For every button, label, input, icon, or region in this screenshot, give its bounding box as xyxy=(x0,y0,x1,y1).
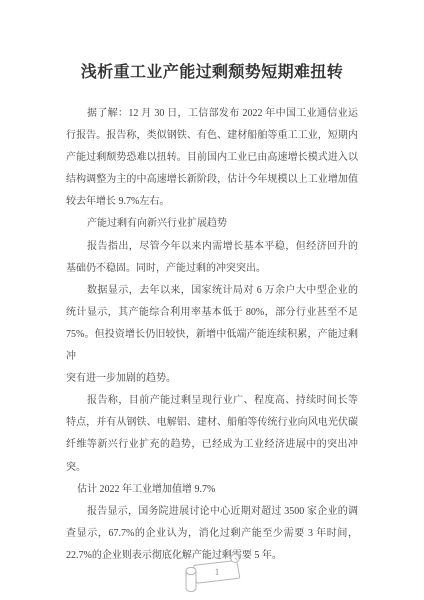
text-line: 突。 xyxy=(66,457,358,479)
paragraph-report-points: 报告指出，尽管今年以来内需增长基本平稳，但经济回升的基础仍不稳固。同时，产能过剩… xyxy=(66,236,358,280)
text-line: 突有进一步加剧的趋势。 xyxy=(66,368,358,390)
scroll-banner-icon: 1 xyxy=(178,552,248,596)
text-line: 估计 2022 年工业增加值增 9.7% xyxy=(66,479,358,501)
text-line: 报告指出，尽管今年以来内需增长基本平稳，但经济回升的 xyxy=(66,236,358,258)
text-line: 查显示，67.7%的企业认为，消化过剩产能至少需要 3 年时间， xyxy=(66,523,358,545)
text-line: 报告称，目前产能过剩呈现行业广、程度高、持续时间长等 xyxy=(66,390,358,412)
text-line: 行报告。报告称，类似钢铁、有色、建材船舶等重工工业，短期内 xyxy=(66,125,358,147)
page-number: 1 xyxy=(215,567,220,577)
text-line: 产能过剩有向新兴行业扩展趋势 xyxy=(66,213,358,235)
page-number-ornament: 1 xyxy=(178,552,248,596)
text-line: 据了解：12 月 30 日，工信部发布 2022 年中国工业通信业运 xyxy=(66,103,358,125)
text-line: 基础仍不稳固。同时，产能过剩的冲突突出。 xyxy=(66,258,358,280)
document-title: 浅析重工业产能过剩颓势短期难扭转 xyxy=(0,59,424,82)
subheading-expansion-trend: 产能过剩有向新兴行业扩展趋势 xyxy=(66,213,358,235)
scroll-right-curl xyxy=(231,554,239,562)
paragraph-intro: 据了解：12 月 30 日，工信部发布 2022 年中国工业通信业运行报告。报告… xyxy=(66,103,358,213)
subheading-estimate: 估计 2022 年工业增加值增 9.7% xyxy=(66,479,358,501)
text-line: 纤维等新兴行业扩充的趋势，已经成为工业经济进展中的突出冲 xyxy=(66,434,358,456)
text-line: 报告显示，国务院进展讨论中心近期对超过 3500 家企业的调 xyxy=(66,501,358,523)
text-line: 较去年增长 9.7%左右。 xyxy=(66,191,358,213)
document-body: 据了解：12 月 30 日，工信部发布 2022 年中国工业通信业运行报告。报告… xyxy=(66,103,358,567)
text-line: 75%。但投资增长仍旧较快，新增中低端产能连续积累，产能过剩冲 xyxy=(66,324,358,368)
paragraph-characteristics: 报告称，目前产能过剩呈现行业广、程度高、持续时间长等特点，并有从钢铁、电解铝、建… xyxy=(66,390,358,478)
text-line: 数据显示，去年以来，国家统计局对 6 万余户大中型企业的 xyxy=(66,280,358,302)
scroll-left-roll-top xyxy=(186,567,196,574)
document-page: 浅析重工业产能过剩颓势短期难扭转 据了解：12 月 30 日，工信部发布 202… xyxy=(0,0,424,600)
text-line: 统计显示，其产能综合利用率基本低于 80%，部分行业甚至不足 xyxy=(66,302,358,324)
text-line: 产能过剩颓势恐难以扭转。目前国内工业已由高速增长模式进入以 xyxy=(66,147,358,169)
text-line: 结构调整为主的中高速增长新阶段，估计今年规模以上工业增加值 xyxy=(66,169,358,191)
text-line: 特点，并有从钢铁、电解铝、建材、船舶等传统行业向风电光伏碳 xyxy=(66,412,358,434)
paragraph-statistics: 数据显示，去年以来，国家统计局对 6 万余户大中型企业的统计显示，其产能综合利用… xyxy=(66,280,358,390)
